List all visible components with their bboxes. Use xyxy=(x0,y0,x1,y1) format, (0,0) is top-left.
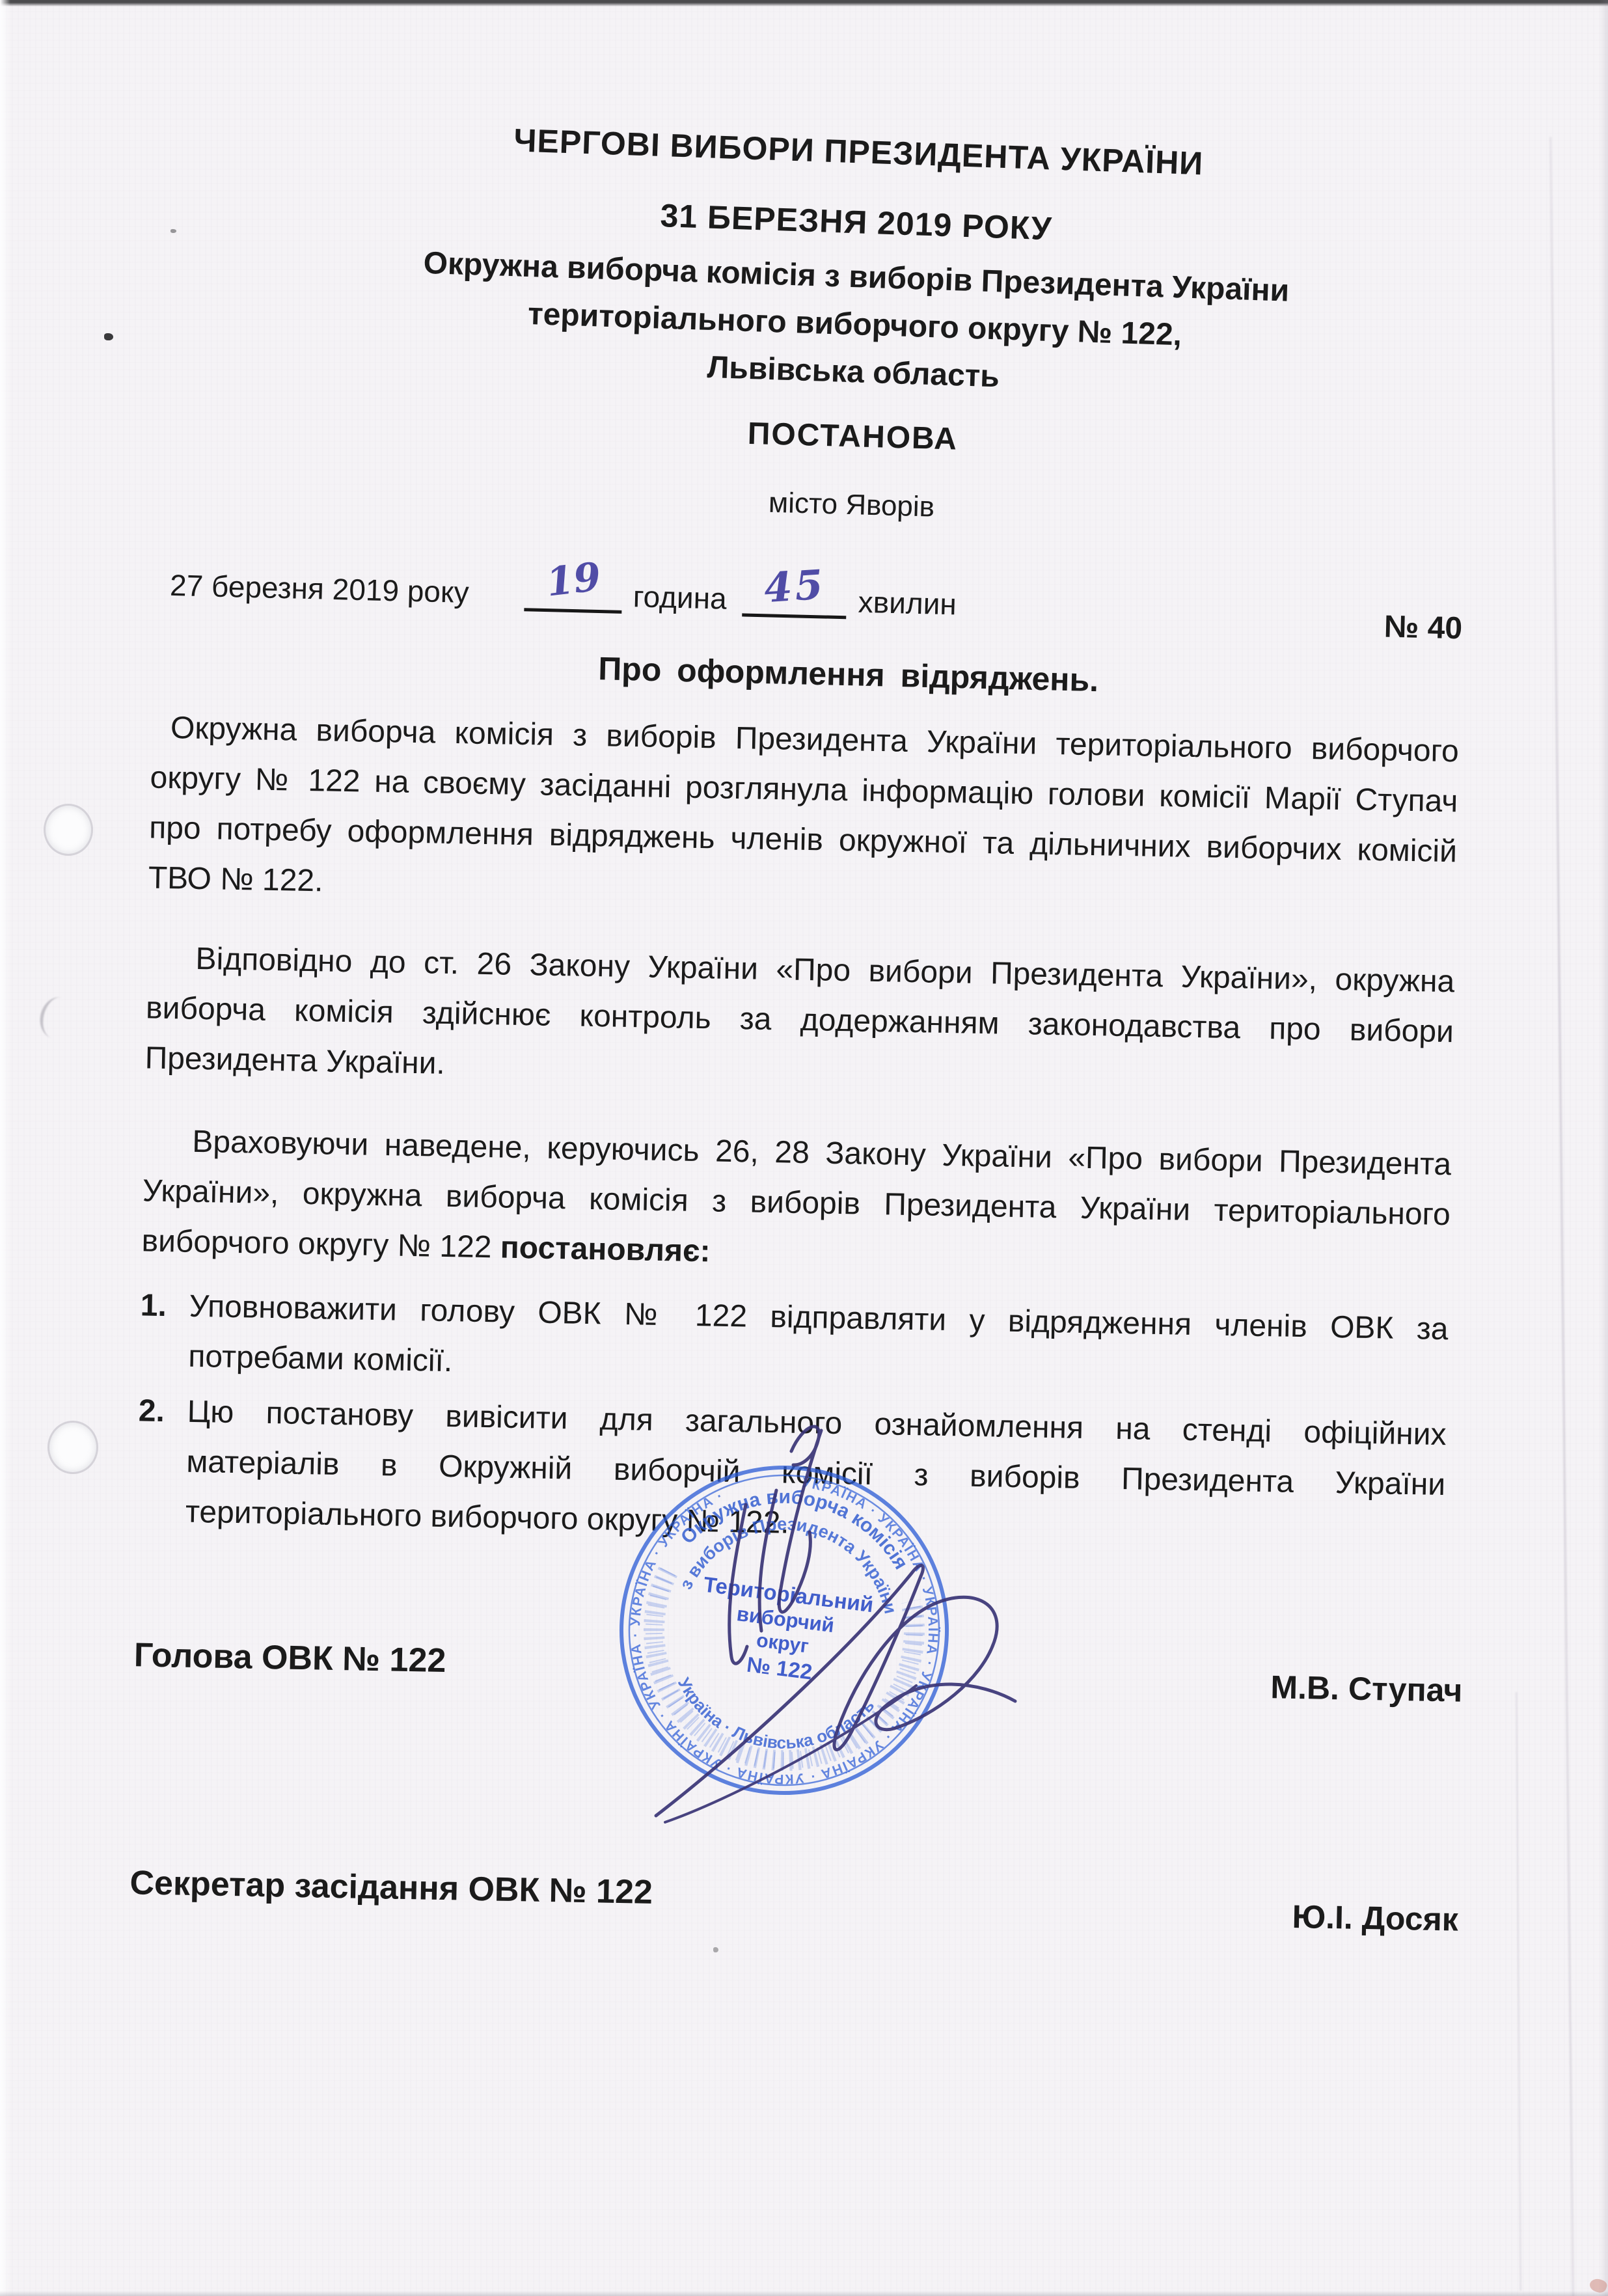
pencil-arc-artifact xyxy=(36,994,78,1042)
scan-speck xyxy=(104,333,113,340)
resolution-item-2: 2. Цю постанову вивісити для загального … xyxy=(136,1386,1447,1560)
date-text: 27 березня 2019 року xyxy=(169,567,469,610)
date-line: 27 березня 2019 року 19 година 45 хвилин… xyxy=(169,556,1475,646)
paragraph-2: Відповідно до ст. 26 Закону України «Про… xyxy=(144,933,1455,1107)
subject-heading: Про оформлення відряджень. xyxy=(230,641,1467,708)
hole-punch-bottom xyxy=(49,1423,96,1472)
resolution-item-1: 1. Уповноважити голову ОВК № 122 відправ… xyxy=(139,1280,1449,1404)
resolution-verb-bold: постановляє: xyxy=(500,1230,711,1268)
item-marker: 1. xyxy=(140,1280,167,1331)
minute-underline: 45 xyxy=(742,571,847,619)
paper-crease-line xyxy=(1549,137,1575,2296)
signature-name-chairman: М.В. Ступач xyxy=(1270,1668,1463,1709)
paragraph-1: Окружна виборча комісія з виборів Презид… xyxy=(148,703,1459,927)
doc-number: № 40 xyxy=(1383,608,1463,646)
resolution-lead: виборчого округу № 122 xyxy=(141,1223,500,1264)
scan-edge-left xyxy=(0,0,10,2296)
signature-name-secretary: Ю.І. Досяк xyxy=(1292,1898,1458,1939)
doc-type-heading: ПОСТАНОВА xyxy=(234,402,1471,471)
paper-crease-line-2 xyxy=(1516,1692,1521,2291)
hole-punch-top xyxy=(46,806,91,854)
hour-underline: 19 xyxy=(524,566,623,614)
scanned-document-page: { "doc": { "election_header": { "line1":… xyxy=(0,0,1608,2296)
paragraph-3: Враховуючи наведене, керуючись 26, 28 За… xyxy=(141,1115,1452,1290)
place-line: місто Яворів xyxy=(233,472,1470,538)
signature-role-chairman: Голова ОВК № 122 xyxy=(133,1635,446,1680)
signature-role-secretary: Секретар засідання ОВК № 122 xyxy=(129,1863,653,1912)
scan-edge-right xyxy=(1599,0,1608,2296)
item-marker: 2. xyxy=(138,1386,165,1436)
hour-label: година xyxy=(633,579,727,616)
hour-value-handwritten: 19 xyxy=(523,552,625,608)
document-content: ЧЕРГОВІ ВИБОРИ ПРЕЗИДЕНТА УКРАЇНИ 31 БЕР… xyxy=(93,85,1496,2127)
minute-value-handwritten: 45 xyxy=(741,559,848,613)
scan-edge-top xyxy=(0,0,1608,7)
minute-label: хвилин xyxy=(858,584,957,622)
scan-edge-bottom xyxy=(0,2291,1608,2296)
